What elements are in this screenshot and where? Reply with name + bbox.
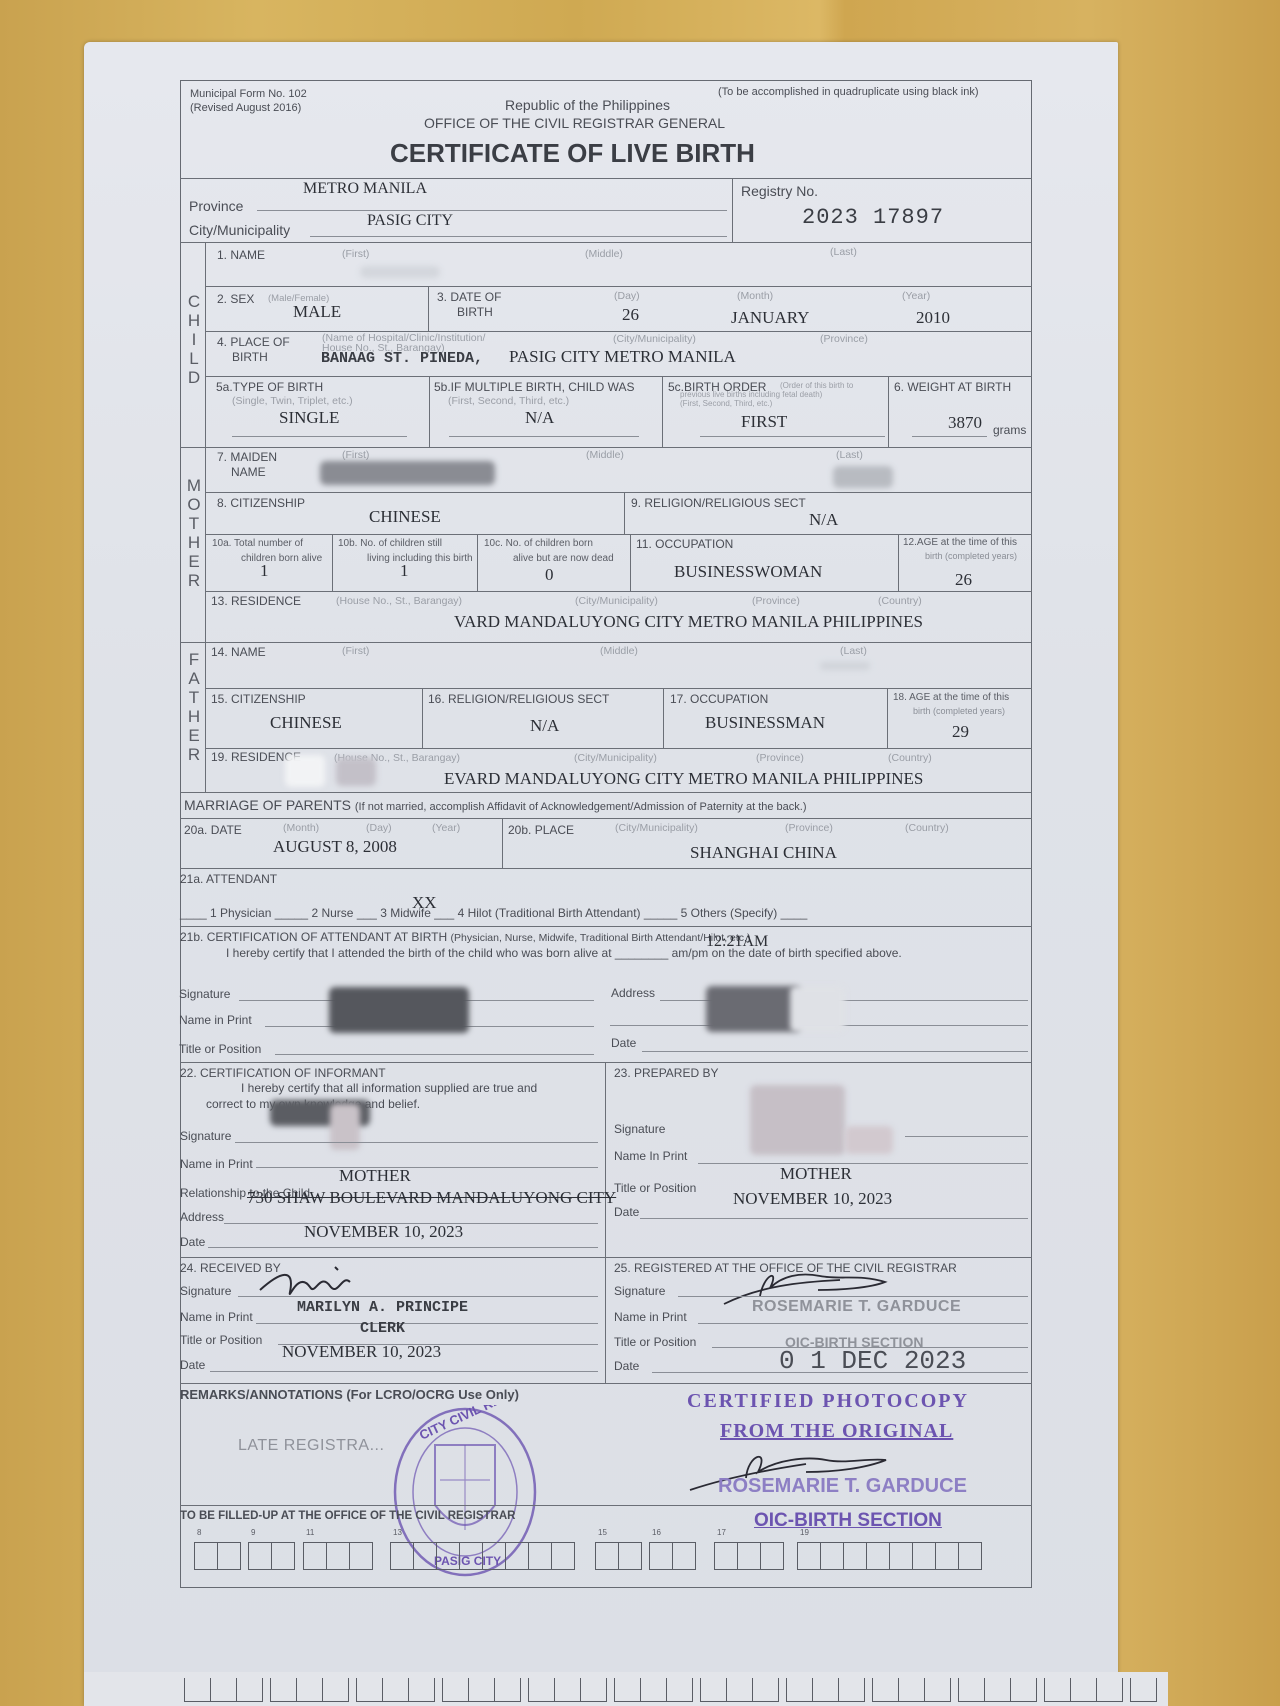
- mother-residence-label: 13. RESIDENCE: [211, 594, 301, 608]
- year-hint: (Year): [902, 290, 930, 302]
- pob-city-hint: (City/Municipality): [613, 333, 696, 345]
- sex-label: 2. SEX: [217, 292, 254, 306]
- pob-street: BANAAG ST. PINEDA,: [321, 350, 483, 367]
- mother-religion-value: N/A: [809, 510, 838, 530]
- code-box[interactable]: [595, 1542, 619, 1570]
- res-province-hint: (Province): [752, 595, 800, 607]
- month-hint: (Month): [283, 822, 319, 834]
- mother-citizenship-label: 8. CITIZENSHIP: [217, 496, 305, 510]
- registered-name-label: Name in Print: [614, 1310, 687, 1324]
- c10b-label: 10b. No. of children still: [338, 538, 442, 549]
- code-box[interactable]: [760, 1542, 784, 1570]
- birth-order-hint: (Order of this birth to: [780, 381, 853, 390]
- mother-occupation-label: 11. OCCUPATION: [636, 537, 733, 551]
- c10a-label: 10a. Total number of: [212, 538, 303, 549]
- received-title-label: Title or Position: [180, 1333, 262, 1347]
- attendant-label: 21a. ATTENDANT: [180, 872, 277, 886]
- code-box[interactable]: [958, 1542, 982, 1570]
- prepared-date: NOVEMBER 10, 2023: [733, 1189, 892, 1209]
- hint-first: (First): [342, 248, 369, 260]
- birth-order-value: FIRST: [741, 412, 787, 432]
- code-box[interactable]: [672, 1542, 696, 1570]
- received-date-label: Date: [180, 1358, 205, 1372]
- box-group-number: 17: [717, 1528, 726, 1537]
- pob-city: PASIG CITY METRO MANILA: [509, 347, 736, 367]
- maiden-name-label-2: NAME: [231, 465, 266, 479]
- code-box[interactable]: [912, 1542, 936, 1570]
- lower-box: [1010, 1678, 1037, 1702]
- sex-value: MALE: [293, 302, 341, 322]
- dob-label-2: BIRTH: [457, 305, 493, 319]
- lower-box: [442, 1678, 469, 1702]
- dob-day: 26: [622, 305, 639, 325]
- weight-label: 6. WEIGHT AT BIRTH: [894, 380, 1011, 394]
- lower-box: [494, 1678, 521, 1702]
- lower-box: [700, 1678, 727, 1702]
- weight-value: 3870: [948, 413, 982, 433]
- hint-first: (First): [342, 449, 369, 461]
- code-box[interactable]: [326, 1542, 350, 1570]
- prepared-title-label: Title or Position: [614, 1181, 696, 1195]
- box-group: [798, 1542, 982, 1570]
- lower-box: [1070, 1678, 1097, 1702]
- father-age-label-2: birth (completed years): [913, 706, 1005, 717]
- code-box[interactable]: [551, 1542, 575, 1570]
- hint-last: (Last): [830, 246, 857, 258]
- lower-box: [838, 1678, 865, 1702]
- box-group-number: 13: [393, 1528, 402, 1537]
- redacted-father-name: [820, 662, 870, 670]
- lower-box: [872, 1678, 899, 1702]
- lower-box: [898, 1678, 925, 1702]
- mother-age-label: 12.AGE at the time of this: [903, 537, 1017, 548]
- father-age-value: 29: [952, 722, 969, 742]
- birth-order-hint-2: previous live births including fetal dea…: [680, 390, 822, 408]
- registered-name: ROSEMARIE T. GARDUCE: [752, 1298, 961, 1316]
- box-group-number: 15: [598, 1528, 607, 1537]
- father-religion-value: N/A: [530, 716, 559, 736]
- registered-signature-label: Signature: [614, 1284, 665, 1298]
- received-date: NOVEMBER 10, 2023: [282, 1342, 441, 1362]
- received-signature-label: Signature: [180, 1284, 231, 1298]
- redacted-attendant-address-2: [790, 986, 845, 1032]
- lower-box: [210, 1678, 237, 1702]
- c10b-label-2: living including this birth: [367, 553, 473, 564]
- box-group-number: 9: [251, 1528, 255, 1537]
- province-label: Province: [189, 198, 243, 214]
- father-section-label: FATHER: [184, 650, 204, 764]
- lower-box: [924, 1678, 951, 1702]
- redacted-preparer: [750, 1085, 845, 1155]
- informant-relationship: MOTHER: [339, 1166, 411, 1186]
- lower-box: [296, 1678, 323, 1702]
- redacted-informant-signature-2: [330, 1104, 360, 1150]
- code-box[interactable]: [935, 1542, 959, 1570]
- code-box[interactable]: [271, 1542, 295, 1570]
- box-group: [195, 1542, 241, 1570]
- code-box[interactable]: [217, 1542, 241, 1570]
- type-of-birth-value: SINGLE: [279, 408, 339, 428]
- code-box[interactable]: [866, 1542, 890, 1570]
- birth-time: 12:21AM: [706, 933, 768, 951]
- svg-text:CITY CIVIL REGISTRY OFFICE: CITY CIVIL REGISTRY OFFICE: [417, 1405, 540, 1443]
- mother-age-label-2: birth (completed years): [925, 551, 1017, 562]
- mother-religion-label: 9. RELIGION/RELIGIOUS SECT: [631, 496, 806, 510]
- province-value: METRO MANILA: [303, 180, 427, 198]
- res-province-hint: (Province): [756, 752, 804, 764]
- certifier-name-stamp: ROSEMARIE T. GARDUCE: [718, 1475, 967, 1498]
- lower-box: [184, 1678, 211, 1702]
- prepared-title: MOTHER: [780, 1164, 852, 1184]
- marriage-place-value: SHANGHAI CHINA: [690, 843, 837, 863]
- attendant-options: ____ 1 Physician _____ 2 Nurse ___ 3 Mid…: [180, 906, 807, 920]
- box-group-number: 16: [652, 1528, 661, 1537]
- registry-label: Registry No.: [741, 183, 818, 199]
- lower-box: [984, 1678, 1011, 1702]
- mother-residence-value: VARD MANDALUYONG CITY METRO MANILA PHILI…: [454, 612, 923, 632]
- page-title: CERTIFICATE OF LIVE BIRTH: [390, 138, 755, 169]
- lower-box: [580, 1678, 607, 1702]
- lower-box: [1096, 1678, 1123, 1702]
- redacted-mother-name: [320, 461, 495, 485]
- pob-province-hint: (Province): [820, 333, 868, 345]
- attendant-date-label: Date: [611, 1036, 636, 1050]
- marriage-heading: MARRIAGE OF PARENTS (If not married, acc…: [184, 797, 807, 813]
- prepared-signature-label: Signature: [614, 1122, 665, 1136]
- country-hint: (Country): [905, 822, 949, 834]
- city-hint: (City/Municipality): [615, 822, 698, 834]
- redacted-father-address-2: [336, 758, 376, 786]
- informant-date-label: Date: [180, 1235, 205, 1249]
- attendant-address-label: Address: [611, 986, 655, 1000]
- hint-last: (Last): [836, 449, 863, 461]
- res-city-hint: (City/Municipality): [574, 752, 657, 764]
- c10c-label-2: alive but are now dead: [513, 553, 614, 564]
- c10c-value: 0: [545, 565, 554, 585]
- redacted-preparer-2: [845, 1126, 893, 1154]
- day-hint: (Day): [614, 290, 640, 302]
- res-house-hint: (House No., St., Barangay): [336, 595, 462, 607]
- lower-box: [786, 1678, 813, 1702]
- registered-date-label: Date: [614, 1359, 639, 1373]
- box-group: [715, 1542, 784, 1570]
- prepared-date-label: Date: [614, 1205, 639, 1219]
- type-of-birth-label: 5a.TYPE OF BIRTH: [216, 380, 323, 394]
- form-instruction: (To be accomplished in quadruplicate usi…: [718, 86, 978, 98]
- type-hint: (Single, Twin, Triplet, etc.): [232, 395, 353, 407]
- form-number: Municipal Form No. 102: [190, 88, 307, 100]
- lower-box: [408, 1678, 435, 1702]
- hint-first: (First): [342, 645, 369, 657]
- day-hint: (Day): [366, 822, 392, 834]
- code-box[interactable]: [797, 1542, 821, 1570]
- informant-address: 730 SHAW BOULEVARD MANDALUYONG CITY: [247, 1188, 616, 1208]
- code-box[interactable]: [459, 1542, 483, 1570]
- code-box[interactable]: [618, 1542, 642, 1570]
- father-citizenship-label: 15. CITIZENSHIP: [211, 692, 306, 706]
- code-box[interactable]: [436, 1542, 460, 1570]
- code-box[interactable]: [349, 1542, 373, 1570]
- hint-last: (Last): [840, 645, 867, 657]
- marriage-date-label: 20a. DATE: [184, 823, 242, 837]
- informant-name-label: Name in Print: [180, 1157, 253, 1171]
- box-group: [304, 1542, 373, 1570]
- redacted-attendant-address: [706, 986, 801, 1032]
- res-city-hint: (City/Municipality): [575, 595, 658, 607]
- weight-unit: grams: [993, 423, 1026, 437]
- attendant-name-label: Name in Print: [179, 1013, 252, 1027]
- hint-middle: (Middle): [586, 449, 624, 461]
- lower-box: [468, 1678, 495, 1702]
- code-box[interactable]: [737, 1542, 761, 1570]
- lower-box: [270, 1678, 297, 1702]
- republic-label: Republic of the Philippines: [505, 97, 670, 113]
- code-box[interactable]: [413, 1542, 437, 1570]
- code-box[interactable]: [714, 1542, 738, 1570]
- mother-age-value: 26: [955, 570, 972, 590]
- prepared-label: 23. PREPARED BY: [614, 1066, 718, 1080]
- child-section-label: CHILD: [184, 292, 204, 387]
- code-box[interactable]: [303, 1542, 327, 1570]
- pob-label: 4. PLACE OF: [217, 335, 290, 349]
- lower-box: [356, 1678, 383, 1702]
- lower-box: [614, 1678, 641, 1702]
- city-value: PASIG CITY: [367, 212, 453, 230]
- res-country-hint: (Country): [878, 595, 922, 607]
- father-age-label: 18. AGE at the time of this: [893, 692, 1009, 703]
- from-original-stamp: FROM THE ORIGINAL: [720, 1420, 953, 1443]
- multiple-hint: (First, Second, Third, etc.): [448, 395, 569, 407]
- maiden-name-label: 7. MAIDEN: [217, 450, 277, 464]
- informant-label: 22. CERTIFICATION OF INFORMANT: [180, 1066, 386, 1080]
- box-group-number: 11: [306, 1528, 314, 1537]
- c10c-label: 10c. No. of children born: [484, 538, 593, 549]
- c10a-label-2: children born alive: [241, 553, 322, 564]
- marriage-place-label: 20b. PLACE: [508, 823, 574, 837]
- registered-title-label: Title or Position: [614, 1335, 696, 1349]
- code-box[interactable]: [390, 1542, 414, 1570]
- informant-address-label: Address: [180, 1210, 224, 1224]
- code-box[interactable]: [505, 1542, 529, 1570]
- code-box[interactable]: [820, 1542, 844, 1570]
- mother-occupation-value: BUSINESSWOMAN: [674, 562, 822, 582]
- res-country-hint: (Country): [888, 752, 932, 764]
- attendant-cert-label: 21b. CERTIFICATION OF ATTENDANT AT BIRTH…: [180, 930, 750, 944]
- redacted-mother-last: [833, 466, 893, 488]
- lower-box: [958, 1678, 985, 1702]
- informant-text: I hereby certify that all information su…: [241, 1081, 537, 1095]
- prepared-name-label: Name In Print: [614, 1149, 687, 1163]
- father-occupation-label: 17. OCCUPATION: [670, 692, 768, 706]
- attendant-title-label: Title or Position: [179, 1042, 261, 1056]
- code-box[interactable]: [843, 1542, 867, 1570]
- lower-box: [812, 1678, 839, 1702]
- redacted-father-address: [285, 755, 325, 787]
- marriage-date-value: AUGUST 8, 2008: [273, 837, 397, 857]
- lower-box: [236, 1678, 263, 1702]
- received-name-label: Name in Print: [180, 1310, 253, 1324]
- received-title: CLERK: [360, 1320, 405, 1337]
- code-box[interactable]: [194, 1542, 218, 1570]
- pob-label-2: BIRTH: [232, 350, 268, 364]
- city-label: City/Municipality: [189, 222, 290, 238]
- office-label: OFFICE OF THE CIVIL REGISTRAR GENERAL: [424, 115, 725, 131]
- code-box[interactable]: [482, 1542, 506, 1570]
- father-residence-value: EVARD MANDALUYONG CITY METRO MANILA PHIL…: [444, 769, 923, 789]
- certified-photocopy-stamp: CERTIFIED PHOTOCOPY: [687, 1390, 969, 1413]
- dob-label: 3. DATE OF: [437, 290, 501, 304]
- form-revision: (Revised August 2016): [190, 102, 301, 114]
- child-name-label: 1. NAME: [217, 248, 265, 262]
- informant-signature-label: Signature: [180, 1129, 231, 1143]
- father-religion-label: 16. RELIGION/RELIGIOUS SECT: [428, 692, 609, 706]
- box-group-number: 19: [800, 1528, 809, 1537]
- code-box[interactable]: [248, 1542, 272, 1570]
- year-hint: (Year): [432, 822, 460, 834]
- box-group-number: 8: [197, 1528, 201, 1537]
- lower-box: [640, 1678, 667, 1702]
- c10a-value: 1: [260, 561, 269, 581]
- received-name: MARILYN A. PRINCIPE: [297, 1299, 468, 1316]
- box-group: [596, 1542, 642, 1570]
- registrar-use-label: TO BE FILLED-UP AT THE OFFICE OF THE CIV…: [180, 1510, 515, 1522]
- lower-box: [752, 1678, 779, 1702]
- c10b-value: 1: [400, 561, 409, 581]
- lower-box: [1130, 1678, 1157, 1702]
- registry-number: 2023 17897: [802, 205, 944, 230]
- lower-box: [554, 1678, 581, 1702]
- redacted-child-name: [360, 266, 440, 278]
- father-occupation-value: BUSINESSMAN: [705, 713, 825, 733]
- lower-box: [666, 1678, 693, 1702]
- informant-date: NOVEMBER 10, 2023: [304, 1222, 463, 1242]
- mother-section-label: MOTHER: [184, 476, 204, 590]
- certifier-title-stamp: OIC-BIRTH SECTION: [754, 1510, 942, 1532]
- redacted-attendant: [329, 987, 469, 1033]
- province-hint: (Province): [785, 822, 833, 834]
- lower-box: [726, 1678, 753, 1702]
- attendant-mark: XX: [412, 893, 437, 913]
- box-group: [650, 1542, 696, 1570]
- lower-box: [528, 1678, 555, 1702]
- code-box[interactable]: [528, 1542, 552, 1570]
- dob-month: JANUARY: [731, 308, 809, 328]
- attendant-signature-label: Signature: [179, 987, 230, 1001]
- box-group: [391, 1542, 575, 1570]
- dob-year: 2010: [916, 308, 950, 328]
- remarks-label: REMARKS/ANNOTATIONS (For LCRO/OCRG Use O…: [180, 1387, 519, 1402]
- lower-box: [1044, 1678, 1071, 1702]
- code-box[interactable]: [889, 1542, 913, 1570]
- attendant-cert-text: I hereby certify that I attended the bir…: [226, 946, 902, 960]
- code-box[interactable]: [649, 1542, 673, 1570]
- father-name-label: 14. NAME: [211, 645, 266, 659]
- multiple-birth-value: N/A: [525, 408, 554, 428]
- box-group: [249, 1542, 295, 1570]
- lower-box: [322, 1678, 349, 1702]
- hint-middle: (Middle): [585, 248, 623, 260]
- hint-middle: (Middle): [600, 645, 638, 657]
- month-hint: (Month): [737, 290, 773, 302]
- late-registration-stamp: LATE REGISTRA...: [238, 1437, 384, 1455]
- father-citizenship-value: CHINESE: [270, 713, 342, 733]
- mother-citizenship-value: CHINESE: [369, 507, 441, 527]
- lower-box: [382, 1678, 409, 1702]
- multiple-birth-label: 5b.IF MULTIPLE BIRTH, CHILD WAS: [434, 380, 634, 394]
